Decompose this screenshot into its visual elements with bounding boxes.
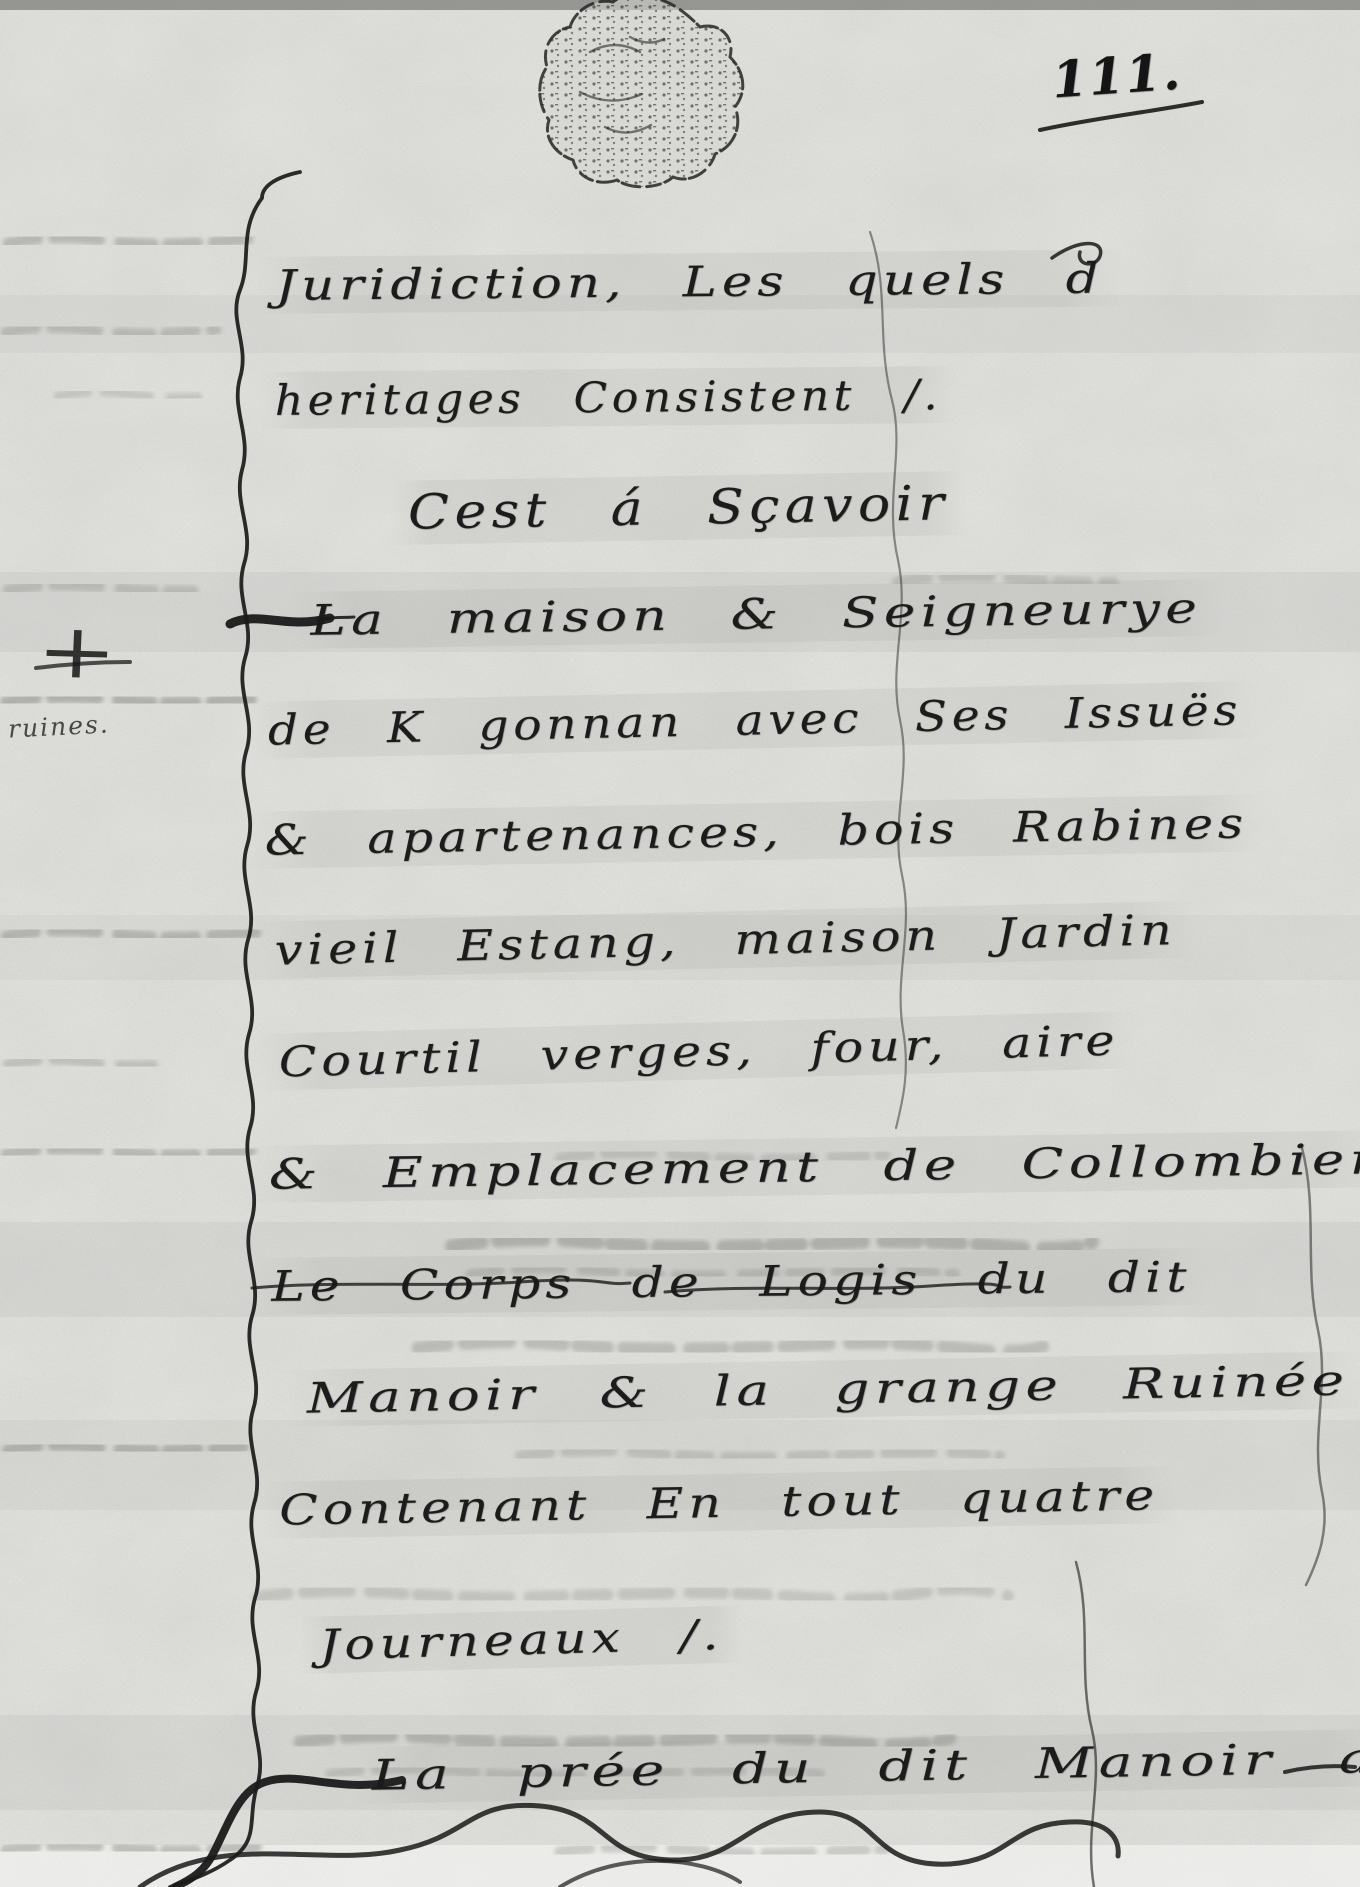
manuscript-line-11: Manoir & la grange Ruinée xyxy=(286,1351,1360,1427)
manuscript-line-6: & apartenances, bois Rabines xyxy=(246,794,1268,869)
ink-seal-icon xyxy=(540,0,743,187)
margin-note-ruines: ruines. xyxy=(7,709,110,743)
manuscript-line-3: Cest á Sçavoir xyxy=(389,471,967,545)
manuscript-line-8: Courtil verges, four, aire xyxy=(259,1011,1138,1091)
manuscript-line-2: heritages Consistent /. xyxy=(258,366,959,429)
manuscript-line-14: La prée du dit Manoir a xyxy=(350,1729,1360,1804)
manuscript-line-10: Le Corps de Logis du dit xyxy=(252,1248,1211,1315)
manuscript-line-12: Contenant En tout quatre xyxy=(260,1466,1179,1539)
margin-cross-mark: + xyxy=(18,613,137,692)
page-number: 111. xyxy=(1050,42,1184,110)
manuscript-line-9: & Emplacement de Collombier xyxy=(248,1130,1360,1203)
right-wavy-line-lower xyxy=(1076,1562,1096,1887)
manuscript-page: Juridiction, Les quels d heritages Consi… xyxy=(0,0,1360,1887)
left-brace-line xyxy=(170,172,300,1887)
manuscript-line-13: Journeaux /. xyxy=(299,1605,743,1674)
manuscript-line-1: Juridiction, Les quels d xyxy=(256,249,1124,314)
manuscript-line-4: La maison & Seigneurye xyxy=(290,579,1223,649)
manuscript-line-7: vieil Estang, maison Jardin xyxy=(255,901,1196,979)
manuscript-line-5: de K gonnan avec Ses Issuës xyxy=(249,681,1260,759)
